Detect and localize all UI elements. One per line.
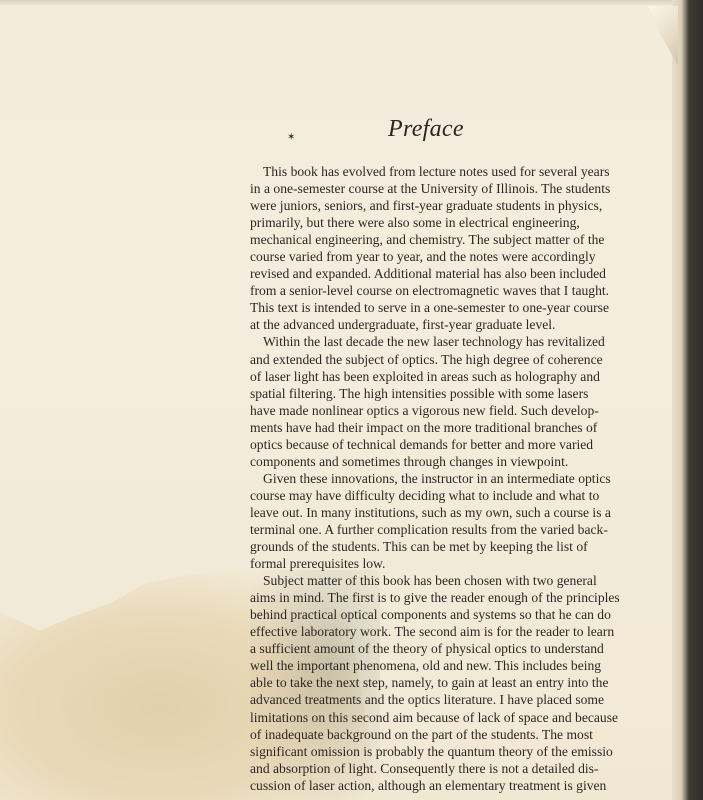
page-top-edge (0, 0, 703, 6)
text-line: optics because of technical demands for … (250, 436, 660, 453)
text-line: have made nonlinear optics a vigorous ne… (250, 402, 660, 419)
text-line: and extended the subject of optics. The … (250, 351, 660, 368)
preface-body: This book has evolved from lecture notes… (250, 163, 660, 794)
text-line: grounds of the students. This can be met… (250, 538, 660, 555)
page-binding-edge (672, 0, 703, 800)
text-line: able to take the next step, namely, to g… (250, 674, 660, 691)
text-line: leave out. In many institutions, such as… (250, 504, 660, 521)
text-line: primarily, but there were also some in e… (250, 214, 660, 231)
text-line: This text is intended to serve in a one-… (250, 299, 660, 316)
text-line: terminal one. A further complication res… (250, 521, 660, 538)
text-line: in a one-semester course at the Universi… (250, 180, 660, 197)
text-line: from a senior-level course on electromag… (250, 282, 660, 299)
text-line: advanced treatments and the optics liter… (250, 691, 660, 708)
text-line: of inadequate background on the part of … (250, 726, 660, 743)
text-line: and absorption of light. Consequently th… (250, 760, 660, 777)
page-title: Preface (388, 116, 464, 143)
text-line: course varied from year to year, and the… (250, 248, 660, 265)
text-line: formal prerequisites low. (250, 555, 660, 572)
text-line: behind practical optical components and … (250, 606, 660, 623)
text-line: Given these innovations, the instructor … (250, 470, 660, 487)
text-line: limitations on this second aim because o… (250, 709, 660, 726)
text-line: This book has evolved from lecture notes… (250, 163, 660, 180)
text-line: ments have had their impact on the more … (250, 419, 660, 436)
text-line: cussion of laser action, although an ele… (250, 777, 660, 794)
text-line: Within the last decade the new laser tec… (250, 333, 660, 350)
text-line: course may have difficulty deciding what… (250, 487, 660, 504)
text-line: at the advanced undergraduate, first-yea… (250, 316, 660, 333)
text-line: components and sometimes through changes… (250, 453, 660, 470)
text-line: of laser light has been exploited in are… (250, 368, 660, 385)
text-line: spatial filtering. The high intensities … (250, 385, 660, 402)
text-line: aims in mind. The first is to give the r… (250, 589, 660, 606)
ink-mark-icon: ✶ (287, 132, 295, 143)
text-line: revised and expanded. Additional materia… (250, 265, 660, 282)
text-line: significant omission is probably the qua… (250, 743, 660, 760)
text-line: Subject matter of this book has been cho… (250, 572, 660, 589)
text-line: effective laboratory work. The second ai… (250, 623, 660, 640)
text-line: a sufficient amount of the theory of phy… (250, 640, 660, 657)
text-line: well the important phenomena, old and ne… (250, 657, 660, 674)
text-line: were juniors, seniors, and first-year gr… (250, 197, 660, 214)
text-line: mechanical engineering, and chemistry. T… (250, 231, 660, 248)
